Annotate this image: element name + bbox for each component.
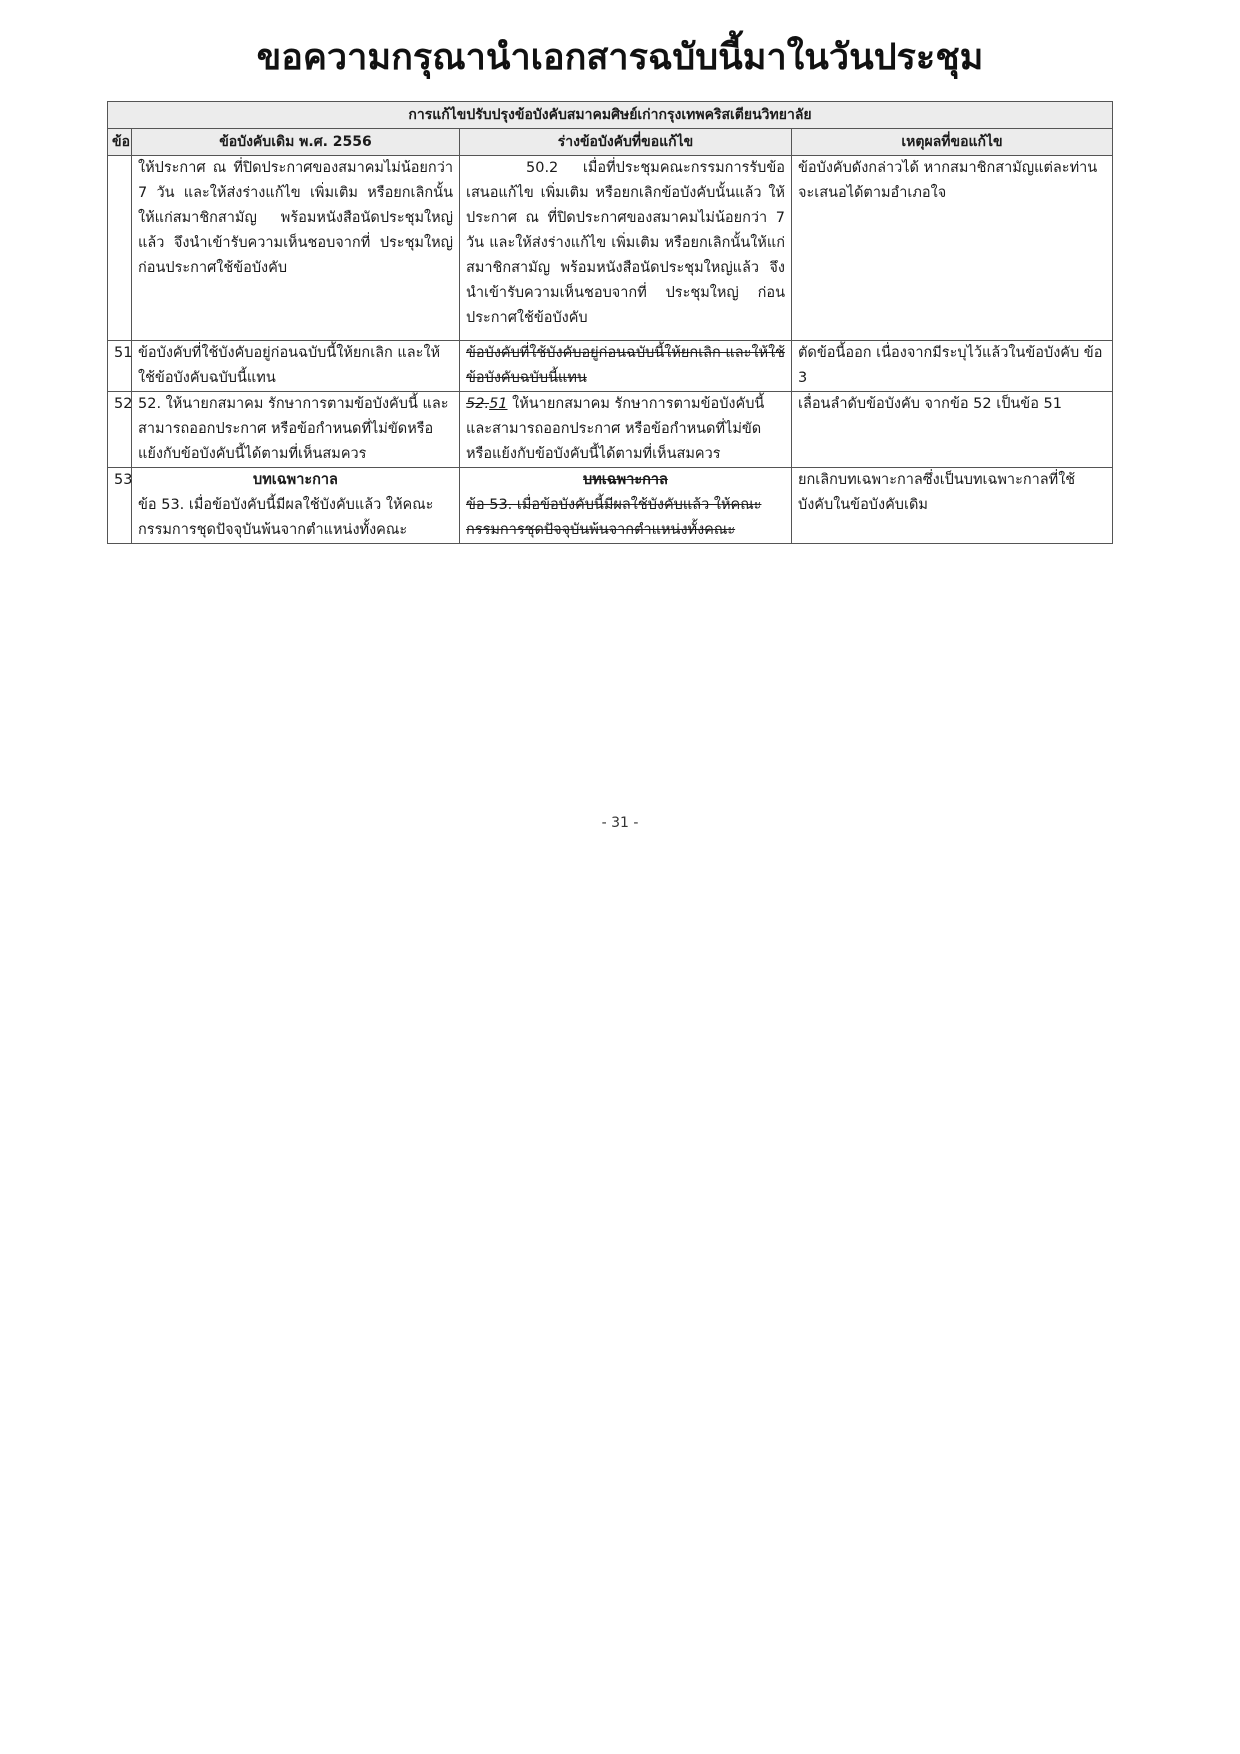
header-reason: เหตุผลที่ขอแก้ไข	[792, 129, 1113, 156]
page-title: ขอความกรุณานำเอกสารฉบับนี้มาในวันประชุม	[0, 28, 1240, 85]
header-no: ข้อ	[108, 129, 132, 156]
row-number: 53	[108, 468, 132, 544]
reason: เลื่อนลำดับข้อบังคับ จากข้อ 52 เป็นข้อ 5…	[792, 392, 1113, 468]
page-number: - 31 -	[0, 815, 1240, 831]
row-number	[108, 156, 132, 341]
section-heading: บทเฉพาะกาล	[138, 468, 453, 493]
table-row: 52 52. ให้นายกสมาคม รักษาการตามข้อบังคับ…	[108, 392, 1113, 468]
struck-text: ข้อบังคับที่ใช้บังคับอยู่ก่อนฉบับนี้ให้ย…	[466, 345, 785, 386]
struck-text: ข้อ 53. เมื่อข้อบังคับนี้มีผลใช้บังคับแล…	[466, 497, 761, 538]
row-number: 52	[108, 392, 132, 468]
table-row: 53 บทเฉพาะกาลข้อ 53. เมื่อข้อบังคับนี้มี…	[108, 468, 1113, 544]
header-original: ข้อบังคับเดิม พ.ศ. 2556	[132, 129, 460, 156]
header-draft: ร่างข้อบังคับที่ขอแก้ไข	[460, 129, 792, 156]
new-number: 51	[489, 396, 507, 412]
draft-clause: 52.51 ให้นายกสมาคม รักษาการตามข้อบังคับน…	[460, 392, 792, 468]
reason: ข้อบังคับดังกล่าวได้ หากสมาชิกสามัญแต่ละ…	[792, 156, 1113, 341]
table-caption: การแก้ไขปรับปรุงข้อบังคับสมาคมศิษย์เก่าก…	[108, 102, 1113, 129]
draft-clause: 50.2 เมื่อที่ประชุมคณะกรรมการรับข้อเสนอแ…	[460, 156, 792, 341]
original-clause: บทเฉพาะกาลข้อ 53. เมื่อข้อบังคับนี้มีผลใ…	[132, 468, 460, 544]
table-row: 51 ข้อบังคับที่ใช้บังคับอยู่ก่อนฉบับนี้ใ…	[108, 341, 1113, 392]
draft-clause: บทเฉพาะกาลข้อ 53. เมื่อข้อบังคับนี้มีผลใ…	[460, 468, 792, 544]
amendment-table: การแก้ไขปรับปรุงข้อบังคับสมาคมศิษย์เก่าก…	[107, 101, 1113, 544]
row-number: 51	[108, 341, 132, 392]
struck-heading: บทเฉพาะกาล	[466, 468, 785, 493]
reason: ยกเลิกบทเฉพาะกาลซึ่งเป็นบทเฉพาะกาลที่ใช้…	[792, 468, 1113, 544]
original-clause-text: ข้อ 53. เมื่อข้อบังคับนี้มีผลใช้บังคับแล…	[138, 497, 433, 538]
original-clause: 52. ให้นายกสมาคม รักษาการตามข้อบังคับนี้…	[132, 392, 460, 468]
reason: ตัดข้อนี้ออก เนื่องจากมีระบุไว้แล้วในข้อ…	[792, 341, 1113, 392]
draft-clause: ข้อบังคับที่ใช้บังคับอยู่ก่อนฉบับนี้ให้ย…	[460, 341, 792, 392]
original-clause: ข้อบังคับที่ใช้บังคับอยู่ก่อนฉบับนี้ให้ย…	[132, 341, 460, 392]
old-number: 52.	[466, 396, 489, 412]
draft-clause-text: 50.2 เมื่อที่ประชุมคณะกรรมการรับข้อเสนอแ…	[466, 160, 785, 326]
table-row: ให้ประกาศ ณ ที่ปิดประกาศของสมาคมไม่น้อยก…	[108, 156, 1113, 341]
draft-clause-text: ให้นายกสมาคม รักษาการตามข้อบังคับนี้ และ…	[466, 396, 764, 462]
original-clause: ให้ประกาศ ณ ที่ปิดประกาศของสมาคมไม่น้อยก…	[132, 156, 460, 341]
